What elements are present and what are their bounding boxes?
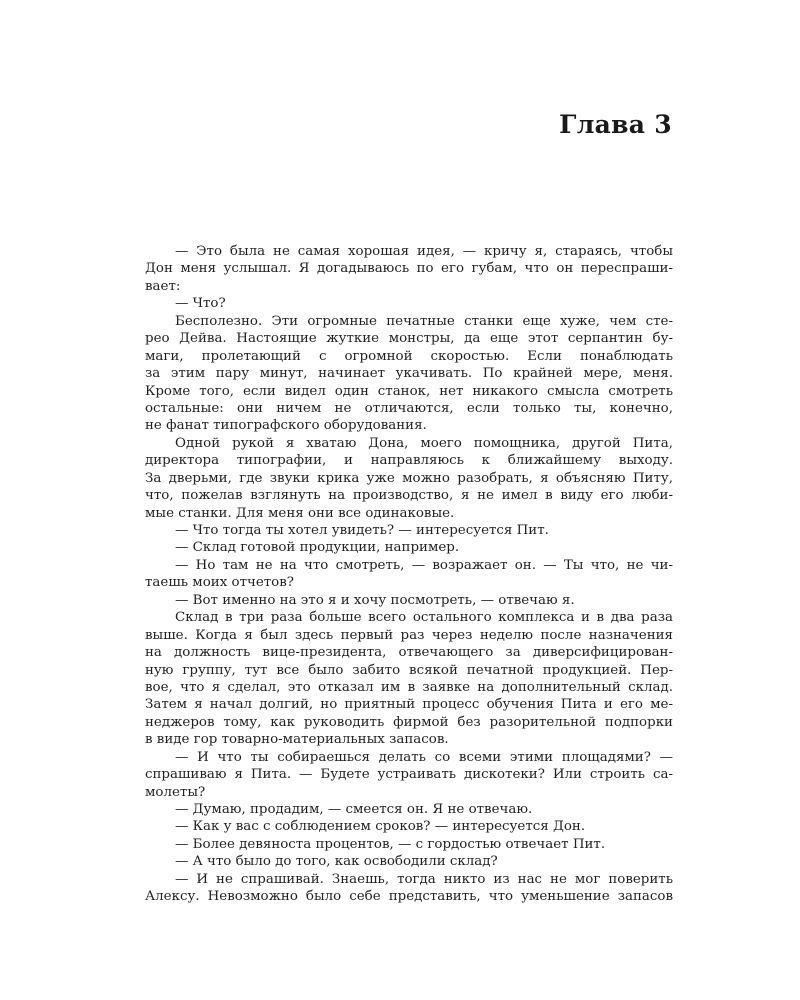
text-line: — А что было до того, как освободили скл… [145,853,673,870]
text-line: — Думаю, продадим, — смеется он. Я не от… [145,801,673,818]
text-line: вает: [145,278,673,295]
text-line: ную группу, тут все было забито всякой п… [145,662,673,679]
text-line: неджеров тому, как руководить фирмой без… [145,714,673,731]
text-line: рео Дейва. Настоящие жуткие монстры, да … [145,330,673,347]
text-line: За дверьми, где звуки крика уже можно ра… [145,470,673,487]
text-line: — И не спрашивай. Знаешь, тогда никто из… [145,871,673,888]
text-line: остальные: они ничем не отличаются, если… [145,400,673,417]
text-line: мые станки. Для меня они все одинаковые. [145,505,673,522]
text-line: — Что тогда ты хотел увидеть? — интересу… [145,522,673,539]
text-line: выше. Когда я был здесь первый раз через… [145,627,673,644]
text-line: директора типографии, и направляюсь к бл… [145,452,673,469]
body-text: — Это была не самая хорошая идея, — крич… [145,243,673,906]
text-line: молеты? [145,784,673,801]
text-line: — Но там не на что смотреть, — возражает… [145,557,673,574]
text-line: таешь моих отчетов? [145,574,673,591]
text-line: не фанат типографского оборудования. [145,417,673,434]
text-line: — Вот именно на это я и хочу посмотреть,… [145,592,673,609]
text-line: Кроме того, если видел один станок, нет … [145,383,673,400]
text-line: — Склад готовой продукции, например. [145,539,673,556]
text-line: Склад в три раза больше всего остального… [145,609,673,626]
text-line: вое, что я сделал, это отказал им в заяв… [145,679,673,696]
chapter-title: Глава 3 [559,108,672,142]
text-line: спрашиваю я Пита. — Будете устраивать ди… [145,766,673,783]
text-line: — Как у вас с соблюдением сроков? — инте… [145,818,673,835]
text-line: — Это была не самая хорошая идея, — крич… [145,243,673,260]
text-line: — И что ты собираешься делать со всеми э… [145,749,673,766]
text-line: что, пожелав взглянуть на производство, … [145,487,673,504]
text-line: за этим пару минут, начинает укачивать. … [145,365,673,382]
text-line: маги, пролетающий с огромной скоростью. … [145,348,673,365]
text-line: Одной рукой я хватаю Дона, моего помощни… [145,435,673,452]
text-line: Бесполезно. Эти огромные печатные станки… [145,313,673,330]
text-line: Затем я начал долгий, но приятный процес… [145,696,673,713]
text-line: — Более девяноста процентов, — с гордост… [145,836,673,853]
text-line: Дон меня услышал. Я догадываюсь по его г… [145,260,673,277]
text-line: в виде гор товарно-материальных запасов. [145,731,673,748]
text-line: на должность вице-президента, отвечающег… [145,644,673,661]
book-page: Глава 3 — Это была не самая хорошая идея… [0,0,800,1000]
text-line: — Что? [145,295,673,312]
text-line: Алексу. Невозможно было себе представить… [145,888,673,905]
